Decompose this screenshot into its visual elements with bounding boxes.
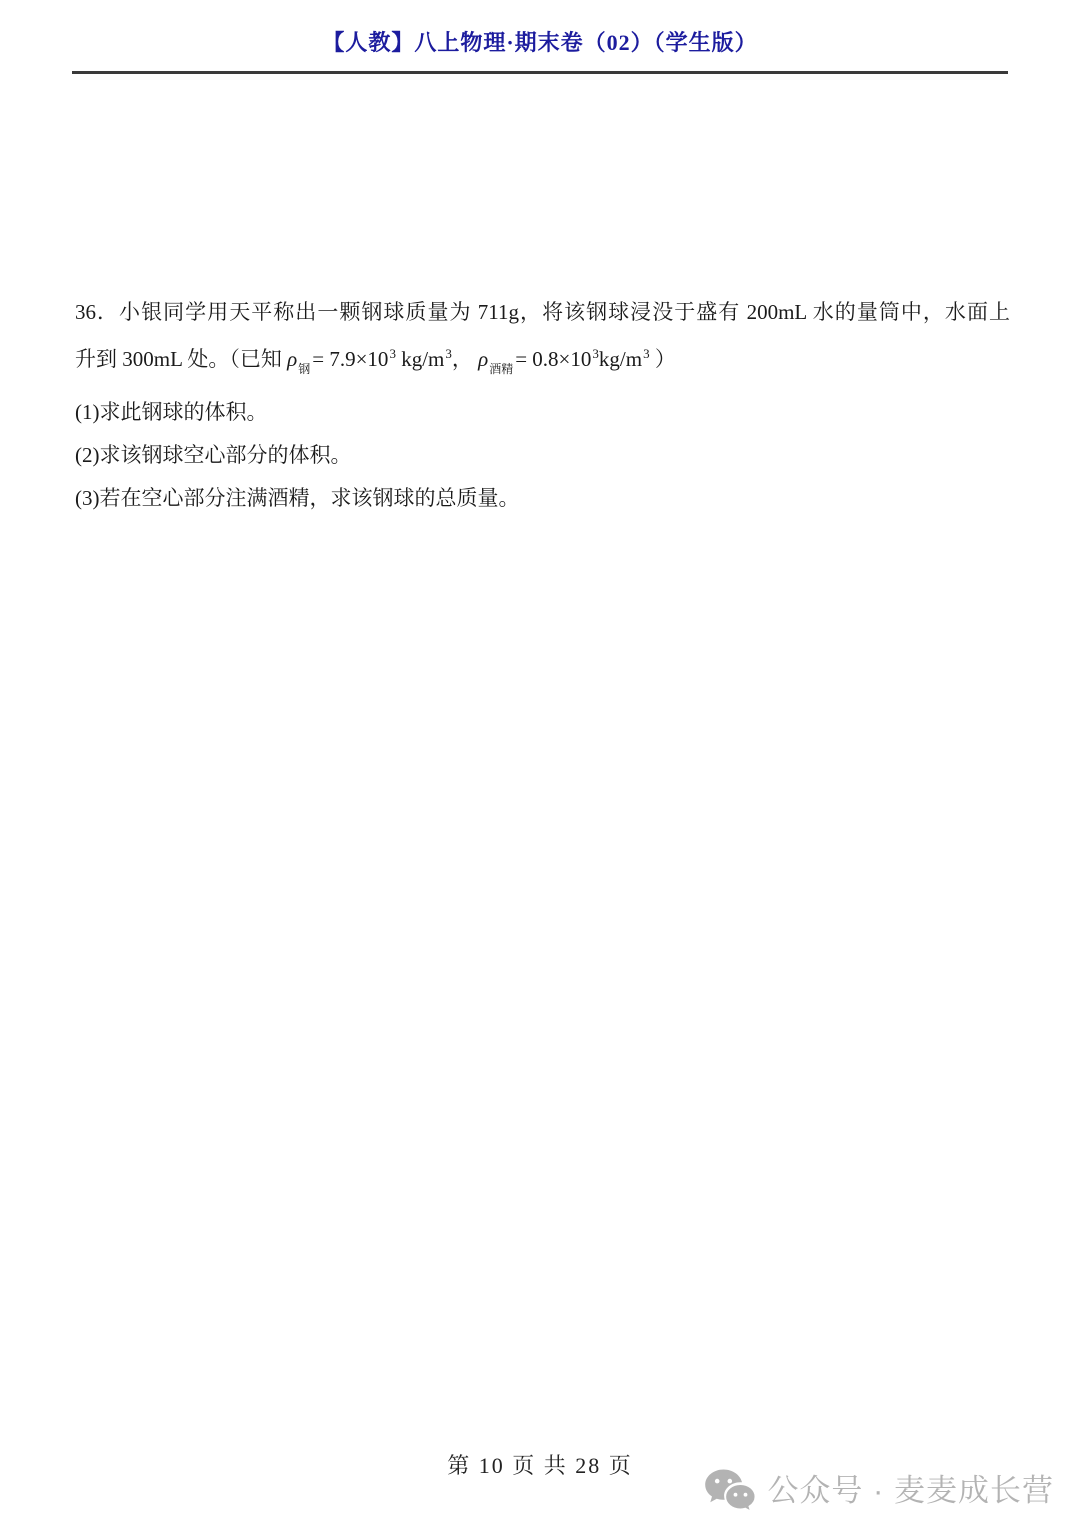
density-alcohol-formula: ρ酒精= 0.8×103kg/m3 bbox=[478, 347, 649, 371]
question-line2-suffix: ） bbox=[650, 347, 676, 371]
alcohol-density-unit-exponent: 3 bbox=[643, 346, 650, 361]
watermark: 公众号 · 麦麦成长营 bbox=[704, 1467, 1054, 1515]
watermark-text: 公众号 · 麦麦成长营 bbox=[767, 1467, 1054, 1515]
rho-alcohol-subscript: 酒精 bbox=[489, 362, 513, 376]
rho-symbol: ρ bbox=[287, 347, 297, 371]
wechat-icon bbox=[704, 1468, 756, 1515]
alcohol-density-value: = 0.8×10 bbox=[515, 347, 591, 371]
page-header-title: 【人教】八上物理·期末卷（02）（学生版） bbox=[0, 29, 1080, 57]
steel-density-exponent: 3 bbox=[389, 346, 396, 361]
question-text-line-2: 升到 300mL 处。（已知 ρ钢= 7.9×103 kg/m3， ρ酒精= 0… bbox=[75, 344, 1010, 377]
question-text-line-1: 36．小银同学用天平称出一颗钢球质量为 711g，将该钢球浸没于盛有 200mL… bbox=[75, 297, 1010, 327]
question-line2-prefix: 升到 300mL 处。（已知 bbox=[75, 347, 287, 371]
sub-question-1: (1)求此钢球的体积。 bbox=[75, 397, 1010, 427]
rho-symbol: ρ bbox=[478, 347, 488, 371]
steel-density-value: = 7.9×10 bbox=[312, 347, 388, 371]
header-divider bbox=[72, 71, 1008, 74]
alcohol-density-exponent: 3 bbox=[592, 346, 599, 361]
density-steel-formula: ρ钢= 7.9×103 kg/m3 bbox=[287, 347, 452, 371]
document-page: 【人教】八上物理·期末卷（02）（学生版） 36．小银同学用天平称出一颗钢球质量… bbox=[0, 0, 1080, 1527]
question-block: 36．小银同学用天平称出一颗钢球质量为 711g，将该钢球浸没于盛有 200mL… bbox=[75, 297, 1010, 526]
sub-question-2: (2)求该钢球空心部分的体积。 bbox=[75, 440, 1010, 470]
steel-density-unit-exponent: 3 bbox=[445, 346, 452, 361]
rho-steel-subscript: 钢 bbox=[298, 362, 310, 376]
formula-separator: ， bbox=[452, 347, 478, 371]
sub-question-3: (3)若在空心部分注满酒精，求该钢球的总质量。 bbox=[75, 483, 1010, 513]
steel-density-unit: kg/m bbox=[396, 347, 444, 371]
alcohol-density-unit: kg/m bbox=[599, 347, 642, 371]
